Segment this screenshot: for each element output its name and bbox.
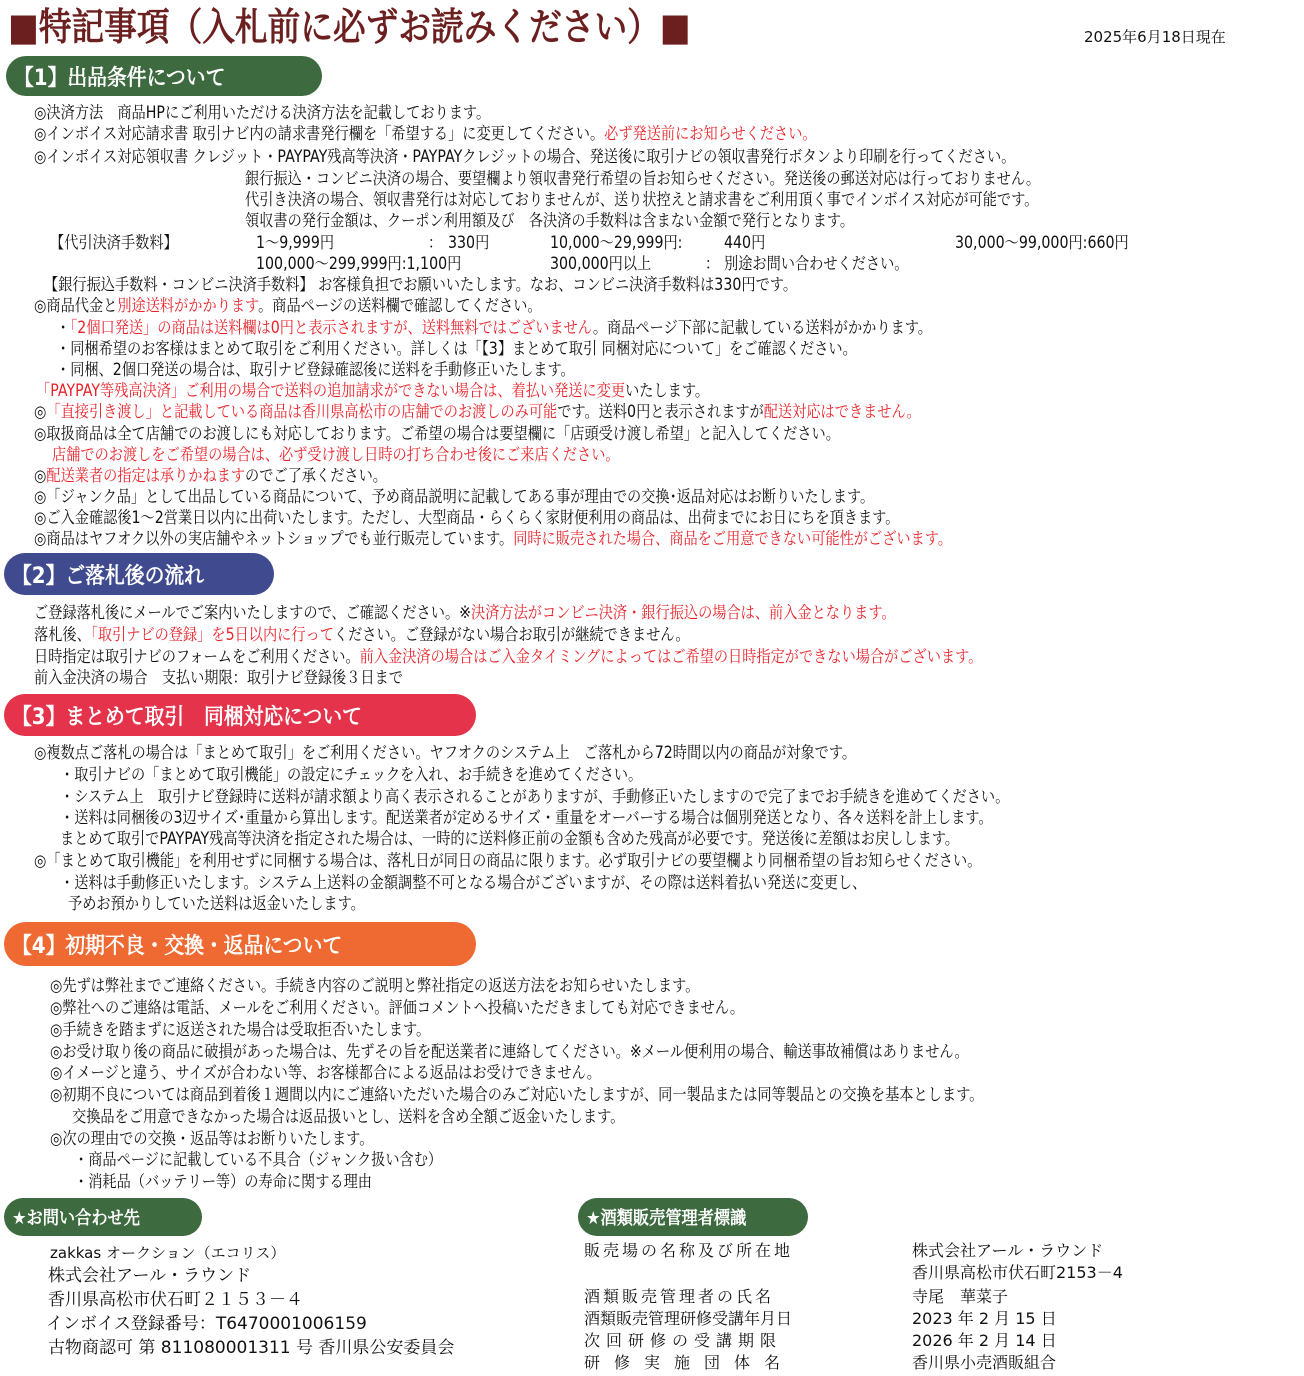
- cod-fee-sep-1: ：: [428, 232, 442, 253]
- s1-bundle: ・同梱希望のお客様はまとめて取引をご利用ください。詳しくは「【3】まとめて取引 …: [56, 338, 857, 359]
- contact-address: 香川県高松市伏石町２１５３－４: [48, 1288, 303, 1313]
- text: です。送料0円と表示されますが: [557, 402, 764, 421]
- s4-line: ◎手続きを踏まずに返送された場合は受取拒否いたします。: [50, 1019, 430, 1040]
- warning-text: 別途送料がかかります: [117, 296, 258, 315]
- warning-text: 「2個口発送」の商品は送料欄は0円と表示されますが、送料無料ではございません: [70, 318, 593, 337]
- cod-fee-2: 440円: [724, 232, 765, 253]
- text: いたします。: [625, 381, 709, 400]
- s1-store-pickup-note: 店舗でのお渡しをご希望の場合は、必ず受け渡し日時の打ち合わせ後にご来店ください。: [52, 444, 620, 465]
- text: ◎商品はヤフオク以外の実店舗やネットショップでも並行販売しています。: [34, 529, 513, 548]
- contact-heading: ★お問い合わせ先: [4, 1198, 202, 1236]
- text: ◎: [34, 466, 46, 485]
- liquor-heading: ★酒類販売管理者標識: [578, 1198, 808, 1236]
- s2-line-1: ご登録落札後にメールでご案内いたしますので、ご確認ください。※決済方法がコンビニ…: [34, 602, 896, 623]
- text: ご登録落札後にメールでご案内いたしますので、ご確認ください。※: [34, 603, 471, 622]
- cod-fee-label: 【代引決済手数料】: [50, 232, 178, 253]
- s1-two-parcel: ・「2個口発送」の商品は送料欄は0円と表示されますが、送料無料ではございません。…: [56, 317, 932, 338]
- s2-line-3: 日時指定は取引ナビのフォームをご利用ください。前入金決済の場合はご入金タイミング…: [34, 646, 982, 667]
- text: ください。ご登録がない場合お取引が継続できません。: [334, 625, 690, 644]
- s2-line-4: 前入金決済の場合 支払い期限：取引ナビ登録後３日まで: [34, 667, 403, 688]
- s1-shipping-time: ◎ご入金確認後1〜2営業日以内に出荷いたします。ただし、大型商品・らくらく家財便…: [34, 507, 899, 528]
- text: 。商品ページの送料欄で確認してください。: [258, 296, 542, 315]
- s4-line: ・消耗品（バッテリー等）の寿命に関する理由: [74, 1171, 372, 1192]
- s4-line: 交換品をご用意できなかった場合は返品扱いとし、送料を含め全額ご返金いたします。: [72, 1106, 624, 1127]
- s4-line: ◎初期不良については商品到着後１週間以内にご連絡いただいた場合のみご対応いたしま…: [50, 1084, 983, 1105]
- cod-fee-1: 330円: [448, 232, 489, 253]
- warning-text: 配送業者の指定は承りかねます: [46, 466, 245, 485]
- s3-line: 予めお預かりしていた送料は返金いたします。: [68, 893, 365, 914]
- s3-line: ◎「まとめて取引機能」を利用せずに同梱する場合は、落札日が同日の商品に限ります。…: [34, 850, 981, 871]
- s3-line: ・送料は同梱後の3辺サイズ･重量から算出します。配送業者が定めるサイズ・重量をオ…: [60, 807, 993, 828]
- warning-text: 同時に販売された場合、商品をご用意できない可能性がございます。: [513, 529, 952, 548]
- page-title: ■特記事項（入札前に必ずお読みください）■: [8, 2, 691, 52]
- section-heading-4-label: 【4】初期不良・交換・返品について: [12, 929, 342, 960]
- section-heading-4: 【4】初期不良・交換・返品について: [4, 922, 476, 966]
- s2-line-2: 落札後、「取引ナビの登録」を5日以内に行ってください。ご登録がない場合お取引が継…: [34, 624, 690, 645]
- liquor-heading-label: ★酒類販売管理者標識: [586, 1204, 746, 1230]
- s3-line: ・システム上 取引ナビ登録時に送料が請求額より高く表示されることがありますが、手…: [60, 786, 1009, 807]
- s3-line: ・送料は手動修正いたします。システム上送料の金額調整不可となる場合がございますが…: [60, 872, 866, 893]
- s4-line: ・商品ページに記載している不具合（ジャンク扱い含む）: [74, 1149, 442, 1170]
- s1-receipt-cod: 代引き決済の場合、領収書発行は対応しておりませんが、送り状控えと請求書をご利用頂…: [245, 189, 1038, 210]
- liquor-label: 研修実施団体名: [584, 1350, 794, 1375]
- text: ◎: [34, 402, 46, 421]
- cod-fee-range-5: 300,000円以上: [550, 253, 651, 274]
- warning-text: 必ず発送前にお知らせください。: [604, 124, 816, 143]
- warning-text: 前入金決済の場合はご入金タイミングによってはご希望の日時指定ができない場合がござ…: [360, 647, 983, 666]
- liquor-label: 販売場の名称及び所在地: [584, 1238, 793, 1263]
- liquor-value: 香川県高松市伏石町2153－4: [912, 1260, 1123, 1285]
- liquor-value: 香川県小売酒販組合: [912, 1350, 1056, 1375]
- s3-line: まとめて取引でPAYPAY残高等決済を指定された場合は、一時的に送料修正前の金額…: [60, 828, 959, 849]
- as-of-date: 2025年6月18日現在: [1084, 26, 1226, 47]
- s1-invoice-request: ◎インボイス対応請求書 取引ナビ内の請求書発行欄を「希望する」に変更してください…: [34, 123, 817, 144]
- s1-bundle-fix: ・同梱、2個口発送の場合は、取引ナビ登録確認後に送料を手動修正いたします。: [56, 359, 575, 380]
- cod-fee-range-2: 10,000〜29,999円:: [550, 232, 682, 253]
- text: のでご了承ください。: [245, 466, 387, 485]
- s3-line: ・取引ナビの「まとめて取引機能」の設定にチェックを入れ、お手続きを進めてください…: [60, 764, 642, 785]
- s4-line: ◎弊社へのご連絡は電話、メールをご利用ください。評価コメントへ投稿いただきまして…: [50, 997, 744, 1018]
- s1-receipt-amount: 領収書の発行金額は、クーポン利用額及び 各決済の手数料は含まない金額で発行となり…: [245, 210, 854, 231]
- warning-text: 「直接引き渡し」と記載している商品は香川県高松市の店舗でのお渡しのみ可能: [46, 402, 557, 421]
- s4-line: ◎次の理由での交換・返品等はお断りいたします。: [50, 1128, 373, 1149]
- text: 落札後、: [34, 625, 91, 644]
- section-heading-3-label: 【3】まとめて取引 同梱対応について: [12, 700, 362, 731]
- s1-direct-handover: ◎「直接引き渡し」と記載している商品は香川県高松市の店舗でのお渡しのみ可能です。…: [34, 401, 921, 422]
- section-heading-3: 【3】まとめて取引 同梱対応について: [4, 694, 476, 736]
- warning-text: 「PAYPAY等残高決済」ご利用の場合で送料の追加請求ができない場合は、着払い発…: [36, 381, 625, 400]
- contact-invoice-number: インボイス登録番号：T6470001006159: [46, 1312, 367, 1337]
- s4-line: ◎イメージと違う、サイズが合わない等、お客様都合による返品はお受けできません。: [50, 1062, 601, 1083]
- text: 日時指定は取引ナビのフォームをご利用ください。: [34, 647, 360, 666]
- cod-fee-range-3: 30,000〜99,000円:660円: [955, 232, 1129, 253]
- s1-invoice-receipt: ◎インボイス対応領収書 クレジット・PAYPAY残高等決済・PAYPAYクレジッ…: [34, 146, 1015, 167]
- warning-text: 決済方法がコンビニ決済・銀行振込の場合は、前入金となります。: [471, 603, 896, 622]
- warning-text: 「取引ナビの登録」を5日以内に行って: [91, 625, 334, 644]
- s1-receipt-bank: 銀行振込・コンビニ決済の場合、要望欄より領収書発行希望の旨お知らせください。発送…: [245, 168, 1040, 189]
- s1-bank-fee: 【銀行振込手数料・コンビニ決済手数料】 お客様負担でお願いいたします。なお、コン…: [44, 274, 797, 295]
- s3-line: ◎複数点ご落札の場合は「まとめて取引」をご利用ください。ヤフオクのシステム上 ご…: [34, 742, 856, 763]
- s1-store-pickup: ◎取扱商品は全て店舗でのお渡しにも対応しております。ご希望の場合は要望欄に「店頭…: [34, 423, 840, 444]
- cod-fee-range-1: 1〜9,999円: [256, 232, 334, 253]
- s4-line: ◎お受け取り後の商品に破損があった場合は、先ずその旨を配送業者に連絡してください…: [50, 1041, 969, 1062]
- text: ・: [56, 318, 70, 337]
- cod-fee-sep-5: ：: [705, 253, 719, 274]
- contact-heading-label: ★お問い合わせ先: [12, 1204, 140, 1230]
- contact-company: 株式会社アール・ラウンド: [48, 1264, 251, 1289]
- cod-fee-range-4: 100,000〜299,999円:1,100円: [256, 253, 461, 274]
- text: 。商品ページ下部に記載している送料がかかります。: [593, 318, 932, 337]
- text: ◎商品代金と: [34, 296, 117, 315]
- s1-junk: ◎「ジャンク品」として出品している商品について、予め商品説明に記載してある事が理…: [34, 486, 874, 507]
- section-heading-2: 【2】ご落札後の流れ: [4, 553, 274, 595]
- s1-payment-method: ◎決済方法 商品HPにご利用いただける決済方法を記載しております。: [34, 102, 490, 123]
- s4-line: ◎先ずは弊社までご連絡ください。手続き内容のご説明と弊社指定の返送方法をお知らせ…: [50, 975, 699, 996]
- s1-paypay: 「PAYPAY等残高決済」ご利用の場合で送料の追加請求ができない場合は、着払い発…: [36, 380, 709, 401]
- section-heading-1-label: 【1】出品条件について: [14, 61, 225, 92]
- text: ◎インボイス対応請求書 取引ナビ内の請求書発行欄を「希望する」に変更してください…: [34, 124, 604, 143]
- section-heading-1: 【1】出品条件について: [6, 56, 322, 96]
- cod-fee-5: 別途お問い合わせください。: [724, 253, 908, 274]
- contact-shop-name: zakkas オークション（エコリス）: [50, 1241, 285, 1266]
- s1-carrier: ◎配送業者の指定は承りかねますのでご了承ください。: [34, 465, 387, 486]
- s1-shipping: ◎商品代金と別途送料がかかります。商品ページの送料欄で確認してください。: [34, 295, 542, 316]
- section-heading-2-label: 【2】ご落札後の流れ: [12, 559, 204, 590]
- contact-antique-license: 古物商認可 第 811080001311 号 香川県公安委員会: [48, 1336, 454, 1361]
- s1-parallel-sales: ◎商品はヤフオク以外の実店舗やネットショップでも並行販売しています。同時に販売さ…: [34, 528, 952, 549]
- warning-text: 配送対応はできません。: [764, 402, 921, 421]
